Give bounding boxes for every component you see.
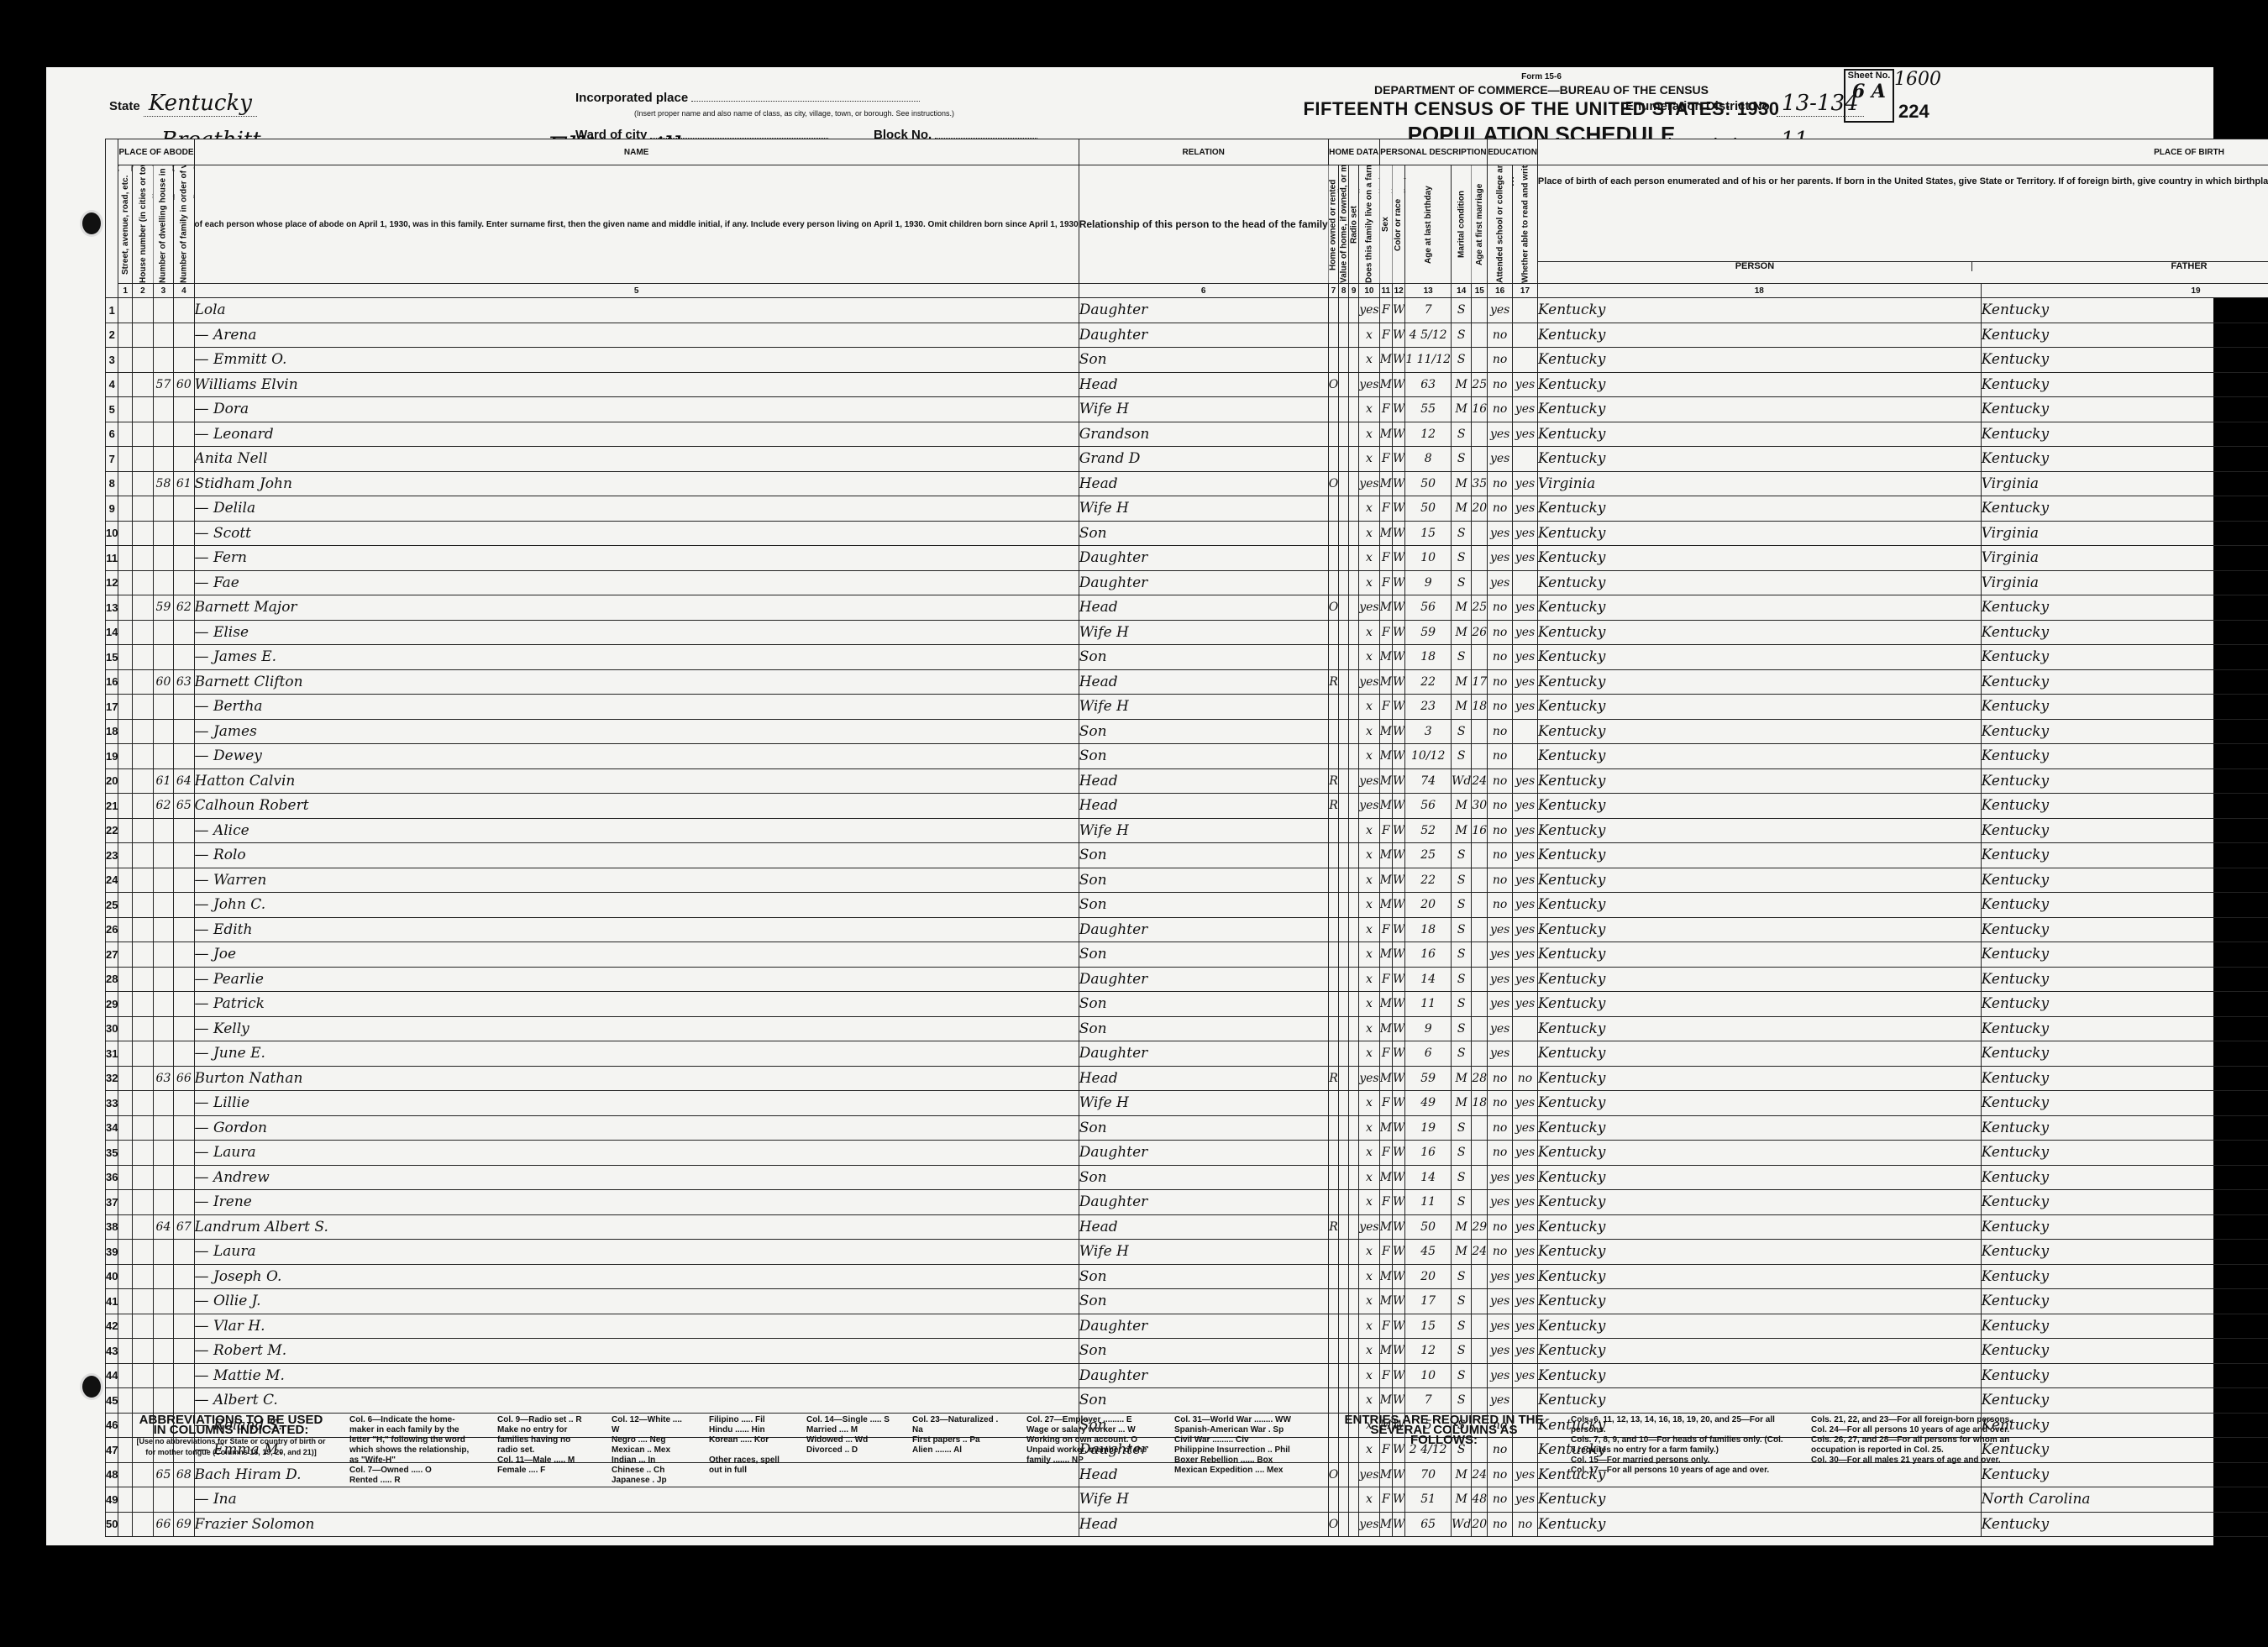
school-cell: yes [1488, 1339, 1513, 1364]
farm-cell: x [1359, 992, 1379, 1017]
house-number-cell [133, 1016, 154, 1041]
race-cell: W [1392, 397, 1404, 422]
relation-cell: Daughter [1079, 546, 1328, 571]
name-cell: — Leonard [194, 422, 1079, 447]
age-cell: 74 [1405, 768, 1452, 794]
house-number-cell [133, 1141, 154, 1166]
line-number: 5 [106, 397, 118, 422]
age-marriage-cell: 30 [1472, 794, 1488, 819]
street-cell [118, 669, 133, 695]
house-number-cell [133, 818, 154, 843]
school-cell: no [1488, 372, 1513, 397]
house-number-cell [133, 1214, 154, 1240]
family-number-cell [174, 298, 194, 323]
relation-cell: Daughter [1079, 570, 1328, 595]
age-cell: 12 [1405, 1339, 1452, 1364]
line-number: 34 [106, 1115, 118, 1141]
read-write-cell: yes [1513, 695, 1538, 720]
age-marriage-cell [1472, 1016, 1488, 1041]
sex-cell: M [1379, 992, 1392, 1017]
relation-cell: Son [1079, 719, 1328, 744]
name-cell: — Arena [194, 323, 1079, 348]
sex-cell: F [1379, 570, 1392, 595]
relation-cell: Head [1079, 1214, 1328, 1240]
farm-cell: yes [1359, 669, 1379, 695]
age-cell: 63 [1405, 372, 1452, 397]
dwelling-number-cell [153, 1314, 173, 1339]
relation-cell: Son [1079, 521, 1328, 546]
age-cell: 11 [1405, 992, 1452, 1017]
age-cell: 16 [1405, 1141, 1452, 1166]
farm-cell: yes [1359, 1066, 1379, 1091]
age-marriage-cell: 17 [1472, 669, 1488, 695]
line-number: 50 [106, 1512, 118, 1537]
read-write-cell: yes [1513, 496, 1538, 522]
sex-cell: F [1379, 323, 1392, 348]
home-owned-cell [1328, 893, 1338, 918]
line-number: 32 [106, 1066, 118, 1091]
radio-cell [1349, 917, 1359, 942]
read-write-cell: yes [1513, 546, 1538, 571]
age-cell: 1 11/12 [1405, 348, 1452, 373]
col-read-write: Whether able to read and write [1513, 165, 1538, 284]
dwelling-number-cell: 61 [153, 768, 173, 794]
read-write-cell: yes [1513, 1289, 1538, 1314]
school-cell: yes [1488, 1314, 1513, 1339]
relation-cell: Son [1079, 744, 1328, 769]
age-marriage-cell [1472, 1264, 1488, 1289]
farm-cell: x [1359, 1190, 1379, 1215]
home-value-cell [1339, 323, 1349, 348]
family-number-cell [174, 570, 194, 595]
dwelling-number-cell [153, 893, 173, 918]
table-row: 1LolaDaughteryesFW7SyesKentuckyKentuckyK… [106, 298, 2268, 323]
school-cell: yes [1488, 1289, 1513, 1314]
stamp-page: 224 [1898, 101, 1929, 123]
abbrev-col31: Col. 31—World War ........ WW Spanish-Am… [1174, 1415, 1317, 1486]
marital-cell: M [1452, 1240, 1472, 1265]
farm-cell: yes [1359, 1214, 1379, 1240]
name-cell: Anita Nell [194, 447, 1079, 472]
name-cell: — Patrick [194, 992, 1079, 1017]
birthplace-person-cell: Kentucky [1537, 1264, 1981, 1289]
relation-cell: Head [1079, 595, 1328, 621]
home-value-cell [1339, 496, 1349, 522]
birthplace-father-cell: Kentucky [1981, 1091, 2268, 1116]
birthplace-father-cell: Kentucky [1981, 992, 2268, 1017]
age-marriage-cell [1472, 744, 1488, 769]
sex-cell: M [1379, 422, 1392, 447]
name-cell: — Elise [194, 620, 1079, 645]
radio-cell [1349, 1041, 1359, 1067]
farm-cell: yes [1359, 768, 1379, 794]
abbrev-col12: Col. 12—White .... W Negro .... Neg Mexi… [612, 1415, 687, 1486]
race-cell: W [1392, 1240, 1404, 1265]
relation-cell: Daughter [1079, 1041, 1328, 1067]
street-cell [118, 298, 133, 323]
read-write-cell: yes [1513, 917, 1538, 942]
age-marriage-cell: 24 [1472, 768, 1488, 794]
marital-cell: S [1452, 1165, 1472, 1190]
age-cell: 15 [1405, 1314, 1452, 1339]
age-cell: 4 5/12 [1405, 323, 1452, 348]
sex-cell: F [1379, 1091, 1392, 1116]
radio-cell [1349, 348, 1359, 373]
farm-cell: x [1359, 645, 1379, 670]
home-value-cell [1339, 422, 1349, 447]
age-marriage-cell: 25 [1472, 372, 1488, 397]
age-cell: 10 [1405, 1363, 1452, 1388]
home-owned-cell [1328, 546, 1338, 571]
race-cell: W [1392, 967, 1404, 992]
race-cell: W [1392, 372, 1404, 397]
age-marriage-cell [1472, 942, 1488, 968]
column-number: 10 [1359, 284, 1379, 298]
sex-cell: M [1379, 521, 1392, 546]
age-marriage-cell [1472, 868, 1488, 893]
farm-cell: x [1359, 1240, 1379, 1265]
family-number-cell [174, 496, 194, 522]
home-value-cell [1339, 1512, 1349, 1537]
line-number: 47 [106, 1438, 118, 1463]
age-cell: 11 [1405, 1190, 1452, 1215]
dwelling-number-cell [153, 1190, 173, 1215]
sex-cell: M [1379, 843, 1392, 868]
birthplace-person-cell: Kentucky [1537, 323, 1981, 348]
family-number-cell [174, 397, 194, 422]
street-cell [118, 1066, 133, 1091]
line-number: 44 [106, 1363, 118, 1388]
family-number-cell [174, 620, 194, 645]
birthplace-father-cell: Kentucky [1981, 1240, 2268, 1265]
entries-rules-2: Cols. 21, 22, and 23—For all foreign-bor… [1811, 1415, 2021, 1486]
house-number-cell [133, 1487, 154, 1513]
farm-cell: x [1359, 348, 1379, 373]
relation-cell: Daughter [1079, 967, 1328, 992]
school-cell: yes [1488, 546, 1513, 571]
table-row: 506669Frazier SolomonHeadOyesMW65Wd20non… [106, 1512, 2268, 1537]
sex-cell: F [1379, 1314, 1392, 1339]
relation-cell: Son [1079, 645, 1328, 670]
family-number-cell: 69 [174, 1512, 194, 1537]
street-cell [118, 372, 133, 397]
read-write-cell [1513, 570, 1538, 595]
house-number-cell [133, 447, 154, 472]
census-rows: 1LolaDaughteryesFW7SyesKentuckyKentuckyK… [106, 298, 2268, 1537]
race-cell: W [1392, 893, 1404, 918]
house-number-cell [133, 570, 154, 595]
table-row: 25— John C.SonxMW20SnoyesKentuckyKentuck… [106, 893, 2268, 918]
farm-cell: yes [1359, 1512, 1379, 1537]
farm-cell: x [1359, 1487, 1379, 1513]
age-marriage-cell [1472, 1041, 1488, 1067]
read-write-cell: no [1513, 1512, 1538, 1537]
birthplace-father-cell: Kentucky [1981, 917, 2268, 942]
table-row: 40— Joseph O.SonxMW20SyesyesKentuckyKent… [106, 1264, 2268, 1289]
street-cell [118, 843, 133, 868]
name-cell: — Kelly [194, 1016, 1079, 1041]
birthplace-person-cell: Kentucky [1537, 1190, 1981, 1215]
sex-cell: M [1379, 1339, 1392, 1364]
column-number: 5 [194, 284, 1079, 298]
age-cell: 59 [1405, 1066, 1452, 1091]
sex-cell: M [1379, 1214, 1392, 1240]
home-owned-cell [1328, 323, 1338, 348]
birthplace-person-cell: Kentucky [1537, 397, 1981, 422]
house-number-cell [133, 1363, 154, 1388]
house-number-cell [133, 893, 154, 918]
farm-cell: yes [1359, 794, 1379, 819]
home-value-cell [1339, 570, 1349, 595]
house-number-cell [133, 372, 154, 397]
name-cell: — June E. [194, 1041, 1079, 1067]
home-owned-cell [1328, 992, 1338, 1017]
table-row: 45760Williams ElvinHeadOyesMW63M25noyesK… [106, 372, 2268, 397]
farm-cell: yes [1359, 595, 1379, 621]
school-cell: no [1488, 843, 1513, 868]
house-number-cell [133, 1190, 154, 1215]
race-cell: W [1392, 348, 1404, 373]
farm-cell: x [1359, 546, 1379, 571]
house-number-cell [133, 942, 154, 968]
home-value-cell [1339, 1339, 1349, 1364]
dwelling-number-cell: 59 [153, 595, 173, 621]
line-number: 49 [106, 1487, 118, 1513]
birthplace-person-cell: Kentucky [1537, 1091, 1981, 1116]
name-cell: — Bertha [194, 695, 1079, 720]
age-cell: 51 [1405, 1487, 1452, 1513]
table-row: 5— DoraWife HxFW55M16noyesKentuckyKentuc… [106, 397, 2268, 422]
birthplace-father-cell: Virginia [1981, 521, 2268, 546]
relation-cell: Son [1079, 868, 1328, 893]
street-cell [118, 521, 133, 546]
street-cell [118, 1512, 133, 1537]
family-number-cell: 64 [174, 768, 194, 794]
birthplace-person-cell: Kentucky [1537, 1487, 1981, 1513]
abbrev-col9: Col. 9—Radio set .. R Make no entry for … [497, 1415, 590, 1486]
school-cell: yes [1488, 1388, 1513, 1414]
radio-cell [1349, 967, 1359, 992]
age-cell: 50 [1405, 1214, 1452, 1240]
column-number: 6 [1079, 284, 1328, 298]
street-cell [118, 1339, 133, 1364]
line-number: 1 [106, 298, 118, 323]
birthplace-person-cell: Virginia [1537, 471, 1981, 496]
school-cell: no [1488, 620, 1513, 645]
sex-cell: M [1379, 1115, 1392, 1141]
street-cell [118, 1214, 133, 1240]
age-marriage-cell [1472, 570, 1488, 595]
race-cell: W [1392, 595, 1404, 621]
home-owned-cell [1328, 942, 1338, 968]
home-owned-cell [1328, 397, 1338, 422]
birthplace-father-cell: Kentucky [1981, 818, 2268, 843]
marital-cell: S [1452, 1190, 1472, 1215]
col-school: Attended school or college any time sinc… [1488, 165, 1513, 284]
age-cell: 12 [1405, 422, 1452, 447]
table-row: 14— EliseWife HxFW59M26noyesKentuckyKent… [106, 620, 2268, 645]
line-number: 40 [106, 1264, 118, 1289]
birthplace-person-cell: Kentucky [1537, 942, 1981, 968]
farm-cell: x [1359, 744, 1379, 769]
marital-cell: S [1452, 1388, 1472, 1414]
race-cell: W [1392, 298, 1404, 323]
race-cell: W [1392, 1141, 1404, 1166]
marital-cell: S [1452, 1363, 1472, 1388]
read-write-cell [1513, 1041, 1538, 1067]
school-cell: no [1488, 818, 1513, 843]
relation-cell: Son [1079, 992, 1328, 1017]
home-owned-cell [1328, 1289, 1338, 1314]
birthplace-father-cell: Kentucky [1981, 397, 2268, 422]
birthplace-person-cell: Kentucky [1537, 422, 1981, 447]
relation-cell: Daughter [1079, 323, 1328, 348]
birthplace-person-cell: Kentucky [1537, 595, 1981, 621]
line-number: 22 [106, 818, 118, 843]
relation-cell: Daughter [1079, 917, 1328, 942]
line-number: 39 [106, 1240, 118, 1265]
street-cell [118, 1091, 133, 1116]
relation-cell: Son [1079, 1115, 1328, 1141]
birthplace-person-cell: Kentucky [1537, 521, 1981, 546]
form-number: Form 15-6 [1163, 72, 1919, 81]
race-cell: W [1392, 1314, 1404, 1339]
birthplace-person-cell: Kentucky [1537, 620, 1981, 645]
school-cell: yes [1488, 1363, 1513, 1388]
marital-cell: S [1452, 298, 1472, 323]
family-number-cell [174, 917, 194, 942]
line-number: 38 [106, 1214, 118, 1240]
school-cell: no [1488, 1240, 1513, 1265]
home-value-cell [1339, 546, 1349, 571]
family-number-cell [174, 719, 194, 744]
street-cell [118, 1165, 133, 1190]
read-write-cell [1513, 1388, 1538, 1414]
street-cell [118, 496, 133, 522]
age-marriage-cell [1472, 348, 1488, 373]
table-row: 10— ScottSonxMW15SyesyesKentuckyVirginia… [106, 521, 2268, 546]
radio-cell [1349, 794, 1359, 819]
radio-cell [1349, 1240, 1359, 1265]
birthplace-person-cell: Kentucky [1537, 893, 1981, 918]
home-owned-cell [1328, 1388, 1338, 1414]
table-row: 39— LauraWife HxFW45M24noyesKentuckyKent… [106, 1240, 2268, 1265]
radio-cell [1349, 1214, 1359, 1240]
radio-cell [1349, 447, 1359, 472]
race-cell: W [1392, 1190, 1404, 1215]
birthplace-person-cell: Kentucky [1537, 768, 1981, 794]
marital-cell: Wd [1452, 1512, 1472, 1537]
home-value-cell [1339, 447, 1349, 472]
table-row: 15— James E.SonxMW18SnoyesKentuckyKentuc… [106, 645, 2268, 670]
col-marital: Marital condition [1452, 165, 1472, 284]
marital-cell: M [1452, 695, 1472, 720]
age-cell: 17 [1405, 1289, 1452, 1314]
read-write-cell: yes [1513, 471, 1538, 496]
home-owned-cell: O [1328, 471, 1338, 496]
race-cell: W [1392, 1091, 1404, 1116]
sheet-number-box: Sheet No. 6 A [1844, 69, 1894, 123]
name-cell: Frazier Solomon [194, 1512, 1079, 1537]
home-value-cell [1339, 695, 1349, 720]
col-radio: Radio set [1349, 165, 1359, 284]
birthplace-person-cell: Kentucky [1537, 570, 1981, 595]
birthplace-father-cell: Kentucky [1981, 1190, 2268, 1215]
line-number: 23 [106, 843, 118, 868]
race-cell: W [1392, 1363, 1404, 1388]
marital-cell: M [1452, 794, 1472, 819]
marital-cell: S [1452, 868, 1472, 893]
age-marriage-cell: 28 [1472, 1066, 1488, 1091]
line-number: 13 [106, 595, 118, 621]
marital-cell: S [1452, 645, 1472, 670]
dwelling-number-cell [153, 447, 173, 472]
family-number-cell [174, 992, 194, 1017]
read-write-cell: yes [1513, 645, 1538, 670]
table-row: 34— GordonSonxMW19SnoyesKentuckyKentucky… [106, 1115, 2268, 1141]
school-cell: yes [1488, 942, 1513, 968]
line-number: 18 [106, 719, 118, 744]
line-number: 43 [106, 1339, 118, 1364]
house-number-cell [133, 794, 154, 819]
age-marriage-cell [1472, 447, 1488, 472]
line-number: 4 [106, 372, 118, 397]
marital-cell: S [1452, 1314, 1472, 1339]
relation-cell: Daughter [1079, 1314, 1328, 1339]
street-cell [118, 471, 133, 496]
family-number-cell [174, 1363, 194, 1388]
birthplace-person-cell: Kentucky [1537, 868, 1981, 893]
relation-cell: Daughter [1079, 1190, 1328, 1215]
home-owned-cell [1328, 1091, 1338, 1116]
home-value-cell [1339, 471, 1349, 496]
birthplace-father-cell: Kentucky [1981, 1214, 2268, 1240]
relation-cell: Son [1079, 1016, 1328, 1041]
school-cell: no [1488, 595, 1513, 621]
column-number: 1 [118, 284, 133, 298]
home-value-cell [1339, 992, 1349, 1017]
race-cell: W [1392, 917, 1404, 942]
marital-cell: S [1452, 719, 1472, 744]
home-value-cell [1339, 1214, 1349, 1240]
school-cell: no [1488, 744, 1513, 769]
radio-cell [1349, 1487, 1359, 1513]
birthplace-father-cell: Kentucky [1981, 298, 2268, 323]
relation-cell: Wife H [1079, 397, 1328, 422]
farm-cell: x [1359, 1314, 1379, 1339]
table-row: 35— LauraDaughterxFW16SnoyesKentuckyKent… [106, 1141, 2268, 1166]
dwelling-number-cell [153, 1388, 173, 1414]
dwelling-number-cell [153, 620, 173, 645]
home-owned-cell [1328, 1264, 1338, 1289]
table-row: 17— BerthaWife HxFW23M18noyesKentuckyKen… [106, 695, 2268, 720]
marital-cell: S [1452, 917, 1472, 942]
street-cell [118, 1314, 133, 1339]
family-number-cell: 66 [174, 1066, 194, 1091]
dwelling-number-cell [153, 917, 173, 942]
relation-cell: Grandson [1079, 422, 1328, 447]
birthplace-person-cell: Kentucky [1537, 496, 1981, 522]
relation-cell: Head [1079, 768, 1328, 794]
dwelling-number-cell [153, 323, 173, 348]
birthplace-person-cell: Kentucky [1537, 695, 1981, 720]
age-cell: 23 [1405, 695, 1452, 720]
line-number: 20 [106, 768, 118, 794]
sex-cell: F [1379, 818, 1392, 843]
age-cell: 59 [1405, 620, 1452, 645]
school-cell: yes [1488, 298, 1513, 323]
radio-cell [1349, 868, 1359, 893]
